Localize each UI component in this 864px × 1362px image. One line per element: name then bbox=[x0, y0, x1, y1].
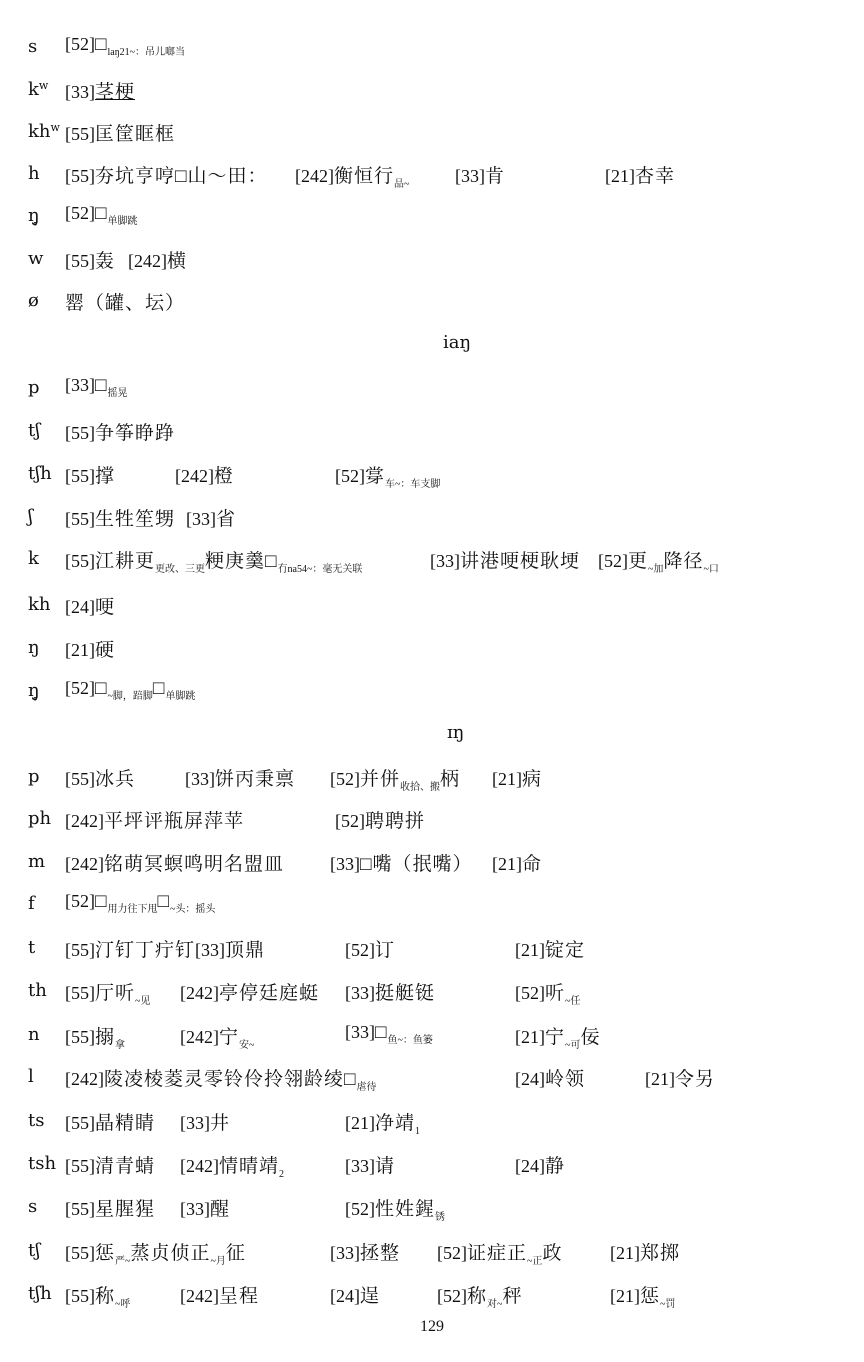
tone-bracket: [21] bbox=[492, 854, 522, 874]
tone-bracket: [21] bbox=[645, 1069, 675, 1089]
tone-entry: [33]讲港哽梗耿埂 bbox=[430, 546, 580, 573]
gloss-subscript: ~头：摇头 bbox=[170, 904, 215, 915]
initial-symbol: tʃ bbox=[28, 420, 40, 441]
rhyme-header: ɪŋ bbox=[447, 722, 464, 743]
gloss-subscript: 拿 bbox=[115, 1040, 125, 1051]
entry-characters: 聘聘拼 bbox=[365, 811, 425, 832]
gloss-subscript: 虐待 bbox=[356, 1082, 376, 1093]
tone-entry: [33]□摇晃 bbox=[65, 375, 127, 399]
gloss-subscript: laŋ21~：吊儿啷当 bbox=[107, 47, 185, 58]
entry-characters: 硬 bbox=[95, 640, 115, 661]
tone-bracket: [33] bbox=[345, 983, 375, 1003]
entry-row: s[55]星腥猩[33]醒[52]性姓鍟锈 bbox=[0, 1194, 864, 1220]
tone-bracket: [55] bbox=[65, 983, 95, 1003]
gloss-subscript: 单脚跳 bbox=[165, 691, 195, 702]
tone-entry: [55]汀钉丁疔钉[33]顶鼎 bbox=[65, 935, 265, 962]
entry-row: tʃ[55]惩严~蒸贞侦正~月征[33]拯整[52]证症正~正政[21]郑掷 bbox=[0, 1238, 864, 1264]
initial-symbol: s bbox=[28, 36, 37, 57]
tone-bracket: [52] bbox=[330, 769, 360, 789]
initial-symbol: t bbox=[28, 937, 35, 958]
initial-symbol: khw bbox=[28, 121, 60, 142]
initial-symbol: p bbox=[28, 766, 40, 787]
initial-symbol: th bbox=[28, 980, 47, 1001]
tone-entry: [55]晶精睛 bbox=[65, 1108, 155, 1135]
tone-bracket: [55] bbox=[65, 251, 95, 271]
entry-characters: □ bbox=[95, 203, 107, 224]
entry-characters: 蒸贞侦正 bbox=[130, 1243, 210, 1264]
entry-row: ŋ̥[52]□单脚跳 bbox=[0, 203, 864, 229]
tone-bracket: [21] bbox=[515, 940, 545, 960]
entry-characters: 清青蜻 bbox=[95, 1156, 155, 1177]
tone-bracket: [52] bbox=[65, 678, 95, 698]
tone-bracket: [242] bbox=[180, 1156, 219, 1176]
gloss-subscript: 用力往下甩 bbox=[107, 904, 157, 915]
tone-entry: [55]清青蜻 bbox=[65, 1151, 155, 1178]
entry-characters: 争筝睁踭 bbox=[95, 423, 175, 444]
entry-characters: □ bbox=[95, 34, 107, 55]
tone-entry: [52]□~脚，踣脚□单脚跳 bbox=[65, 678, 195, 702]
entry-row: ʃ[55]生牲笙甥[33]省 bbox=[0, 504, 864, 530]
tone-entry: [21]命 bbox=[492, 849, 542, 876]
tone-bracket: [55] bbox=[65, 509, 95, 529]
tone-entry: [33]醒 bbox=[180, 1194, 230, 1221]
gloss-subscript: 摇晃 bbox=[107, 388, 127, 399]
gloss-subscript: 单脚跳 bbox=[107, 216, 137, 227]
tone-bracket: [33] bbox=[345, 1022, 375, 1042]
tone-entry: [33]饼丙秉禀 bbox=[185, 764, 295, 791]
entry-row: tʃ[55]争筝睁踭 bbox=[0, 418, 864, 444]
tone-entry: [21]杏幸 bbox=[605, 161, 675, 188]
tone-entry: [55]江耕更更改、三更粳庚羹□冇na54~：毫无关联 bbox=[65, 546, 362, 575]
tone-bracket: [55] bbox=[65, 1286, 95, 1306]
tone-entry: [242]平坪评瓶屏萍苹 bbox=[65, 806, 244, 833]
tone-entry: [21]病 bbox=[492, 764, 542, 791]
tone-bracket: [24] bbox=[330, 1286, 360, 1306]
tone-bracket: [55] bbox=[65, 166, 95, 186]
entry-characters: □ bbox=[95, 678, 107, 699]
tone-entry: [33]拯整 bbox=[330, 1238, 400, 1265]
initial-symbol: ø bbox=[28, 290, 39, 311]
tone-entry: [242]呈程 bbox=[180, 1281, 259, 1308]
tone-entry: [242]宁安~ bbox=[180, 1022, 254, 1051]
entry-row: m[242]铭萌冥螟鸣明名盟皿[33]□嘴（抿嘴）[21]命 bbox=[0, 849, 864, 875]
tone-bracket: [21] bbox=[492, 769, 522, 789]
entry-row: ŋ[21]硬 bbox=[0, 635, 864, 661]
tone-entry: [52]订 bbox=[345, 935, 395, 962]
entry-characters: 搦 bbox=[95, 1027, 115, 1048]
initial-symbol: ʃ bbox=[28, 506, 33, 527]
tone-bracket: [33] bbox=[330, 1243, 360, 1263]
entry-characters: 醒 bbox=[210, 1199, 230, 1220]
gloss-subscript: ~见 bbox=[135, 996, 150, 1007]
entry-characters: 佞 bbox=[580, 1027, 600, 1048]
tone-entry: [21]宁~可佞 bbox=[515, 1022, 600, 1051]
section-header: ɪŋ bbox=[0, 722, 864, 748]
entry-characters: 橙 bbox=[214, 466, 234, 487]
tone-entry: [55]生牲笙甥 bbox=[65, 504, 175, 531]
tone-entry: [55]争筝睁踭 bbox=[65, 418, 175, 445]
tone-entry: [55]夯坑亨哼□山～田： bbox=[65, 161, 267, 188]
entry-characters: 省 bbox=[216, 509, 236, 530]
tone-bracket: [52] bbox=[515, 983, 545, 1003]
tone-bracket: [52] bbox=[65, 891, 95, 911]
tone-entry: [33]省 bbox=[186, 504, 236, 531]
entry-row: ph[242]平坪评瓶屏萍苹[52]聘聘拼 bbox=[0, 806, 864, 832]
tone-bracket: [242] bbox=[65, 854, 104, 874]
tone-bracket: [33] bbox=[180, 1199, 210, 1219]
entry-characters: □ bbox=[95, 375, 107, 396]
tone-entry: 罂（罐、坛） bbox=[65, 288, 185, 315]
entry-row: ŋ̥[52]□~脚，踣脚□单脚跳 bbox=[0, 678, 864, 704]
gloss-subscript: ~正 bbox=[527, 1256, 542, 1267]
entry-characters: 厅听 bbox=[95, 983, 135, 1004]
tone-bracket: [55] bbox=[65, 1113, 95, 1133]
entry-characters: 罂（罐、坛） bbox=[65, 293, 185, 314]
entry-characters: 饼丙秉禀 bbox=[215, 769, 295, 790]
entry-characters: 牚 bbox=[365, 466, 385, 487]
entry-characters: 陵凌棱菱灵零铃伶拎翎龄绫□ bbox=[104, 1069, 356, 1090]
entry-characters: □ bbox=[375, 1022, 387, 1043]
initial-symbol: h bbox=[28, 163, 40, 184]
tone-bracket: [242] bbox=[180, 1027, 219, 1047]
tone-entry: [52]听~任 bbox=[515, 978, 580, 1007]
entry-row: tsh[55]清青蜻[242]情晴靖2[33]请[24]静 bbox=[0, 1151, 864, 1177]
entry-characters: 横 bbox=[167, 251, 187, 272]
initial-symbol: ŋ̥ bbox=[28, 205, 40, 226]
tone-entry: [52]□laŋ21~：吊儿啷当 bbox=[65, 34, 185, 58]
entry-characters-underlined: 茎梗 bbox=[95, 82, 135, 103]
tone-entry: [55]惩严~蒸贞侦正~月征 bbox=[65, 1238, 246, 1267]
tone-entry: [21]硬 bbox=[65, 635, 115, 662]
tone-entry: [55]冰兵 bbox=[65, 764, 135, 791]
initial-symbol: l bbox=[28, 1066, 34, 1087]
entry-characters: □ bbox=[95, 891, 107, 912]
entry-row: ts[55]晶精睛[33]井[21]净靖1 bbox=[0, 1108, 864, 1134]
entry-characters: 晶精睛 bbox=[95, 1113, 155, 1134]
tone-bracket: [52] bbox=[437, 1286, 467, 1306]
entry-characters: 汀钉丁疔钉 bbox=[95, 940, 195, 961]
tone-entry: [52]证症正~正政 bbox=[437, 1238, 562, 1267]
entry-characters: 柄 bbox=[440, 769, 460, 790]
initial-symbol: kw bbox=[28, 79, 48, 100]
gloss-subscript: 对~ bbox=[487, 1299, 502, 1310]
tone-bracket: [21] bbox=[65, 640, 95, 660]
entry-characters: 亭停廷庭蜓 bbox=[219, 983, 319, 1004]
tone-bracket: [33] bbox=[186, 509, 216, 529]
entry-characters: 证症正 bbox=[467, 1243, 527, 1264]
entry-characters: □ bbox=[153, 678, 165, 699]
tone-entry: [21]令另 bbox=[645, 1064, 715, 1091]
entry-characters: □嘴（抿嘴） bbox=[360, 854, 472, 875]
tone-entry: [242]橙 bbox=[175, 461, 234, 488]
gloss-subscript: ~脚，踣脚 bbox=[107, 691, 152, 702]
tone-bracket: [33] bbox=[430, 551, 460, 571]
tone-entry: [52]聘聘拼 bbox=[335, 806, 425, 833]
tone-entry: [24]逞 bbox=[330, 1281, 380, 1308]
tone-bracket: [242] bbox=[180, 1286, 219, 1306]
tone-bracket: [52] bbox=[437, 1243, 467, 1263]
entry-characters: 杏幸 bbox=[635, 166, 675, 187]
initial-symbol: f bbox=[28, 893, 35, 914]
entry-row: t[55]汀钉丁疔钉[33]顶鼎[52]订[21]锭定 bbox=[0, 935, 864, 961]
initial-symbol: s bbox=[28, 1196, 37, 1217]
tone-bracket: [21] bbox=[610, 1286, 640, 1306]
tone-bracket: [242] bbox=[180, 983, 219, 1003]
entry-characters: 征 bbox=[226, 1243, 246, 1264]
entry-characters: 政 bbox=[542, 1243, 562, 1264]
tone-entry: [55]撑 bbox=[65, 461, 115, 488]
entry-row: s[52]□laŋ21~：吊儿啷当 bbox=[0, 34, 864, 60]
initial-symbol: n bbox=[28, 1024, 40, 1045]
tone-entry: [33]□嘴（抿嘴） bbox=[330, 849, 472, 876]
tone-bracket: [55] bbox=[65, 1243, 95, 1263]
entry-characters: 宁 bbox=[219, 1027, 239, 1048]
gloss-subscript: ~呼 bbox=[115, 1299, 130, 1310]
entry-row: kh[24]哽 bbox=[0, 592, 864, 618]
tone-bracket: [55] bbox=[65, 1027, 95, 1047]
gloss-subscript: ~加 bbox=[648, 564, 663, 575]
gloss-subscript: ~口 bbox=[703, 564, 718, 575]
entry-row: tʃh[55]撑[242]橙[52]牚车~：车支脚 bbox=[0, 461, 864, 487]
entry-row: p[33]□摇晃 bbox=[0, 375, 864, 401]
tone-entry: [21]郑掷 bbox=[610, 1238, 680, 1265]
tone-bracket: [55] bbox=[65, 940, 95, 960]
initial-superscript: w bbox=[39, 79, 48, 92]
gloss-subscript: 安~ bbox=[239, 1040, 254, 1051]
tone-bracket: [55] bbox=[65, 124, 95, 144]
tone-entry: [21]惩~罚 bbox=[610, 1281, 675, 1310]
initial-symbol: tʃ bbox=[28, 1240, 40, 1261]
gloss-subscript: 严~ bbox=[115, 1256, 130, 1267]
tone-entry: [55]搦拿 bbox=[65, 1022, 125, 1051]
initial-symbol: ph bbox=[28, 808, 51, 829]
gloss-subscript: 收拾、搬 bbox=[400, 782, 440, 793]
tone-bracket: [52] bbox=[598, 551, 628, 571]
tone-entry: [52]□单脚跳 bbox=[65, 203, 137, 227]
entry-row: l[242]陵凌棱菱灵零铃伶拎翎龄绫□虐待[24]岭领[21]令另 bbox=[0, 1064, 864, 1090]
entry-row: f[52]□用力往下甩□~头：摇头 bbox=[0, 891, 864, 917]
tone-entry: [55]匡筐眶框 bbox=[65, 119, 175, 146]
initial-symbol: kh bbox=[28, 594, 51, 615]
entry-characters: 呈程 bbox=[219, 1286, 259, 1307]
entry-characters: 令另 bbox=[675, 1069, 715, 1090]
gloss-subscript: 更改、三更 bbox=[155, 564, 205, 575]
tone-bracket: [242] bbox=[175, 466, 214, 486]
entry-characters: 更 bbox=[628, 551, 648, 572]
tone-entry: [33]肯 bbox=[455, 161, 505, 188]
entry-characters: 匡筐眶框 bbox=[95, 124, 175, 145]
entry-characters: 性姓鍟 bbox=[375, 1199, 435, 1220]
entry-characters: □ bbox=[157, 891, 169, 912]
tone-bracket: [55] bbox=[65, 551, 95, 571]
initial-symbol: k bbox=[28, 548, 39, 569]
entry-characters: 请 bbox=[375, 1156, 395, 1177]
gloss-subscript: 锈 bbox=[435, 1212, 445, 1223]
entry-row: kw[33]茎梗 bbox=[0, 77, 864, 103]
entry-characters: 锭定 bbox=[545, 940, 585, 961]
entry-characters: 夯坑亨哼□山～田： bbox=[95, 166, 267, 187]
tone-entry: [33]茎梗 bbox=[65, 77, 135, 104]
tone-bracket: [33] bbox=[65, 375, 95, 395]
tone-entry: [24]岭领 bbox=[515, 1064, 585, 1091]
tone-bracket: [55] bbox=[65, 1199, 95, 1219]
tone-entry: [24]哽 bbox=[65, 592, 115, 619]
initial-symbol: tsh bbox=[28, 1153, 56, 1174]
entry-characters: 称 bbox=[467, 1286, 487, 1307]
tone-bracket: [21] bbox=[610, 1243, 640, 1263]
entry-characters: 静 bbox=[545, 1156, 565, 1177]
entry-row: p[55]冰兵[33]饼丙秉禀[52]并併收拾、搬柄[21]病 bbox=[0, 764, 864, 790]
tone-entry: [33]□鱼~：鱼篓 bbox=[345, 1022, 433, 1046]
entry-characters: 拯整 bbox=[360, 1243, 400, 1264]
entry-row: ø罂（罐、坛） bbox=[0, 288, 864, 314]
tone-entry: [55]星腥猩 bbox=[65, 1194, 155, 1221]
entry-characters: 讲港哽梗耿埂 bbox=[460, 551, 580, 572]
entry-characters: 井 bbox=[210, 1113, 230, 1134]
entry-characters: 宁 bbox=[545, 1027, 565, 1048]
entry-row: tʃh[55]称~呼[242]呈程[24]逞[52]称对~秤[21]惩~罚 bbox=[0, 1281, 864, 1307]
tone-entry: [242]情晴靖2 bbox=[180, 1151, 284, 1180]
tone-entry: [55]称~呼 bbox=[65, 1281, 130, 1310]
tone-bracket: [52] bbox=[65, 34, 95, 54]
initial-symbol: ŋ̥ bbox=[28, 680, 40, 701]
gloss-subscript: 鱼~：鱼篓 bbox=[387, 1035, 432, 1046]
entry-characters: 病 bbox=[522, 769, 542, 790]
tone-bracket: [33] bbox=[185, 769, 215, 789]
tone-bracket: [52] bbox=[65, 203, 95, 223]
entry-characters: 撑 bbox=[95, 466, 115, 487]
entry-characters: 情晴靖 bbox=[219, 1156, 279, 1177]
entry-characters: 肯 bbox=[485, 166, 505, 187]
entry-characters: 订 bbox=[375, 940, 395, 961]
tone-entry: [21]锭定 bbox=[515, 935, 585, 962]
initial-symbol: ŋ bbox=[28, 637, 40, 658]
tone-entry: [242]陵凌棱菱灵零铃伶拎翎龄绫□虐待 bbox=[65, 1064, 376, 1093]
tone-entry: [242]衡恒行品~ bbox=[295, 161, 409, 190]
entry-characters: 顶鼎 bbox=[225, 940, 265, 961]
tone-bracket: [21] bbox=[605, 166, 635, 186]
tone-entry: [52]称对~秤 bbox=[437, 1281, 522, 1310]
entry-characters: 降径 bbox=[663, 551, 703, 572]
entry-characters: 平坪评瓶屏萍苹 bbox=[104, 811, 244, 832]
entry-characters: 秤 bbox=[502, 1286, 522, 1307]
tone-bracket: [242] bbox=[65, 1069, 104, 1089]
rhyme-header: iaŋ bbox=[443, 332, 471, 353]
tone-bracket: [33] bbox=[345, 1156, 375, 1176]
entry-characters: 衡恒行 bbox=[334, 166, 394, 187]
tone-entry: [242]横 bbox=[128, 246, 187, 273]
document-page: 129 s[52]□laŋ21~：吊儿啷当kw[33]茎梗khw[55]匡筐眶框… bbox=[0, 0, 864, 1362]
entry-characters: 铭萌冥螟鸣明名盟皿 bbox=[104, 854, 284, 875]
initial-symbol: tʃh bbox=[28, 1283, 52, 1304]
entry-characters: 生牲笙甥 bbox=[95, 509, 175, 530]
gloss-subscript: ~任 bbox=[565, 996, 580, 1007]
tone-bracket: [24] bbox=[65, 597, 95, 617]
tone-bracket: [33] bbox=[195, 940, 225, 960]
entry-row: k[55]江耕更更改、三更粳庚羹□冇na54~：毫无关联[33]讲港哽梗耿埂[5… bbox=[0, 546, 864, 572]
entry-characters: 哽 bbox=[95, 597, 115, 618]
tone-bracket: [33] bbox=[330, 854, 360, 874]
tone-bracket: [55] bbox=[65, 769, 95, 789]
entry-characters: 听 bbox=[545, 983, 565, 1004]
entry-characters: 称 bbox=[95, 1286, 115, 1307]
entry-characters: 星腥猩 bbox=[95, 1199, 155, 1220]
initial-symbol: m bbox=[28, 851, 45, 872]
section-header: iaŋ bbox=[0, 332, 864, 358]
gloss-subscript: ~罚 bbox=[660, 1299, 675, 1310]
entry-characters: 并併 bbox=[360, 769, 400, 790]
page-number: 129 bbox=[0, 1318, 864, 1336]
entry-characters: 粳庚羹□ bbox=[205, 551, 277, 572]
entry-characters: 岭领 bbox=[545, 1069, 585, 1090]
entry-characters: 冰兵 bbox=[95, 769, 135, 790]
tone-entry: [242]铭萌冥螟鸣明名盟皿 bbox=[65, 849, 284, 876]
tone-bracket: [52] bbox=[345, 1199, 375, 1219]
entry-row: th[55]厅听~见[242]亭停廷庭蜓[33]挺艇铤[52]听~任 bbox=[0, 978, 864, 1004]
entry-characters: 郑掷 bbox=[640, 1243, 680, 1264]
entry-row: n[55]搦拿[242]宁安~[33]□鱼~：鱼篓[21]宁~可佞 bbox=[0, 1022, 864, 1048]
entry-characters: 惩 bbox=[640, 1286, 660, 1307]
tone-entry: [55]厅听~见 bbox=[65, 978, 150, 1007]
tone-bracket: [21] bbox=[345, 1113, 375, 1133]
entry-characters: 净靖 bbox=[375, 1113, 415, 1134]
tone-entry: [33]请 bbox=[345, 1151, 395, 1178]
gloss-subscript: 车~：车支脚 bbox=[385, 479, 440, 490]
tone-entry: [33]井 bbox=[180, 1108, 230, 1135]
initial-symbol: tʃh bbox=[28, 463, 52, 484]
tone-entry: [33]挺艇铤 bbox=[345, 978, 435, 1005]
tone-bracket: [55] bbox=[65, 1156, 95, 1176]
gloss-subscript: ~月 bbox=[210, 1256, 225, 1267]
tone-bracket: [24] bbox=[515, 1156, 545, 1176]
entry-characters: 挺艇铤 bbox=[375, 983, 435, 1004]
gloss-subscript: 品~ bbox=[394, 179, 409, 190]
gloss-subscript: ~可 bbox=[565, 1040, 580, 1051]
tone-bracket: [24] bbox=[515, 1069, 545, 1089]
tone-entry: [55]轰 bbox=[65, 246, 115, 273]
gloss-subscript: 2 bbox=[279, 1169, 284, 1180]
gloss-subscript: 冇na54~：毫无关联 bbox=[278, 564, 363, 575]
tone-entry: [52]并併收拾、搬柄 bbox=[330, 764, 460, 793]
tone-bracket: [21] bbox=[515, 1027, 545, 1047]
entry-characters: 逞 bbox=[360, 1286, 380, 1307]
tone-bracket: [242] bbox=[128, 251, 167, 271]
tone-bracket: [52] bbox=[345, 940, 375, 960]
tone-entry: [242]亭停廷庭蜓 bbox=[180, 978, 319, 1005]
tone-bracket: [242] bbox=[295, 166, 334, 186]
initial-symbol: w bbox=[28, 248, 43, 269]
gloss-subscript: 1 bbox=[415, 1126, 420, 1137]
initial-symbol: ts bbox=[28, 1110, 44, 1131]
tone-bracket: [33] bbox=[455, 166, 485, 186]
tone-entry: [52]牚车~：车支脚 bbox=[335, 461, 440, 490]
entry-characters: 惩 bbox=[95, 1243, 115, 1264]
entry-characters: 江耕更 bbox=[95, 551, 155, 572]
tone-bracket: [242] bbox=[65, 811, 104, 831]
tone-entry: [52]性姓鍟锈 bbox=[345, 1194, 445, 1223]
tone-bracket: [55] bbox=[65, 423, 95, 443]
entry-row: khw[55]匡筐眶框 bbox=[0, 119, 864, 145]
tone-bracket: [55] bbox=[65, 466, 95, 486]
initial-superscript: w bbox=[51, 121, 60, 134]
tone-entry: [21]净靖1 bbox=[345, 1108, 420, 1137]
entry-row: h[55]夯坑亨哼□山～田：[242]衡恒行品~[33]肯[21]杏幸 bbox=[0, 161, 864, 187]
entry-characters: 命 bbox=[522, 854, 542, 875]
tone-bracket: [52] bbox=[335, 811, 365, 831]
tone-bracket: [33] bbox=[65, 82, 95, 102]
tone-bracket: [33] bbox=[180, 1113, 210, 1133]
tone-bracket: [52] bbox=[335, 466, 365, 486]
